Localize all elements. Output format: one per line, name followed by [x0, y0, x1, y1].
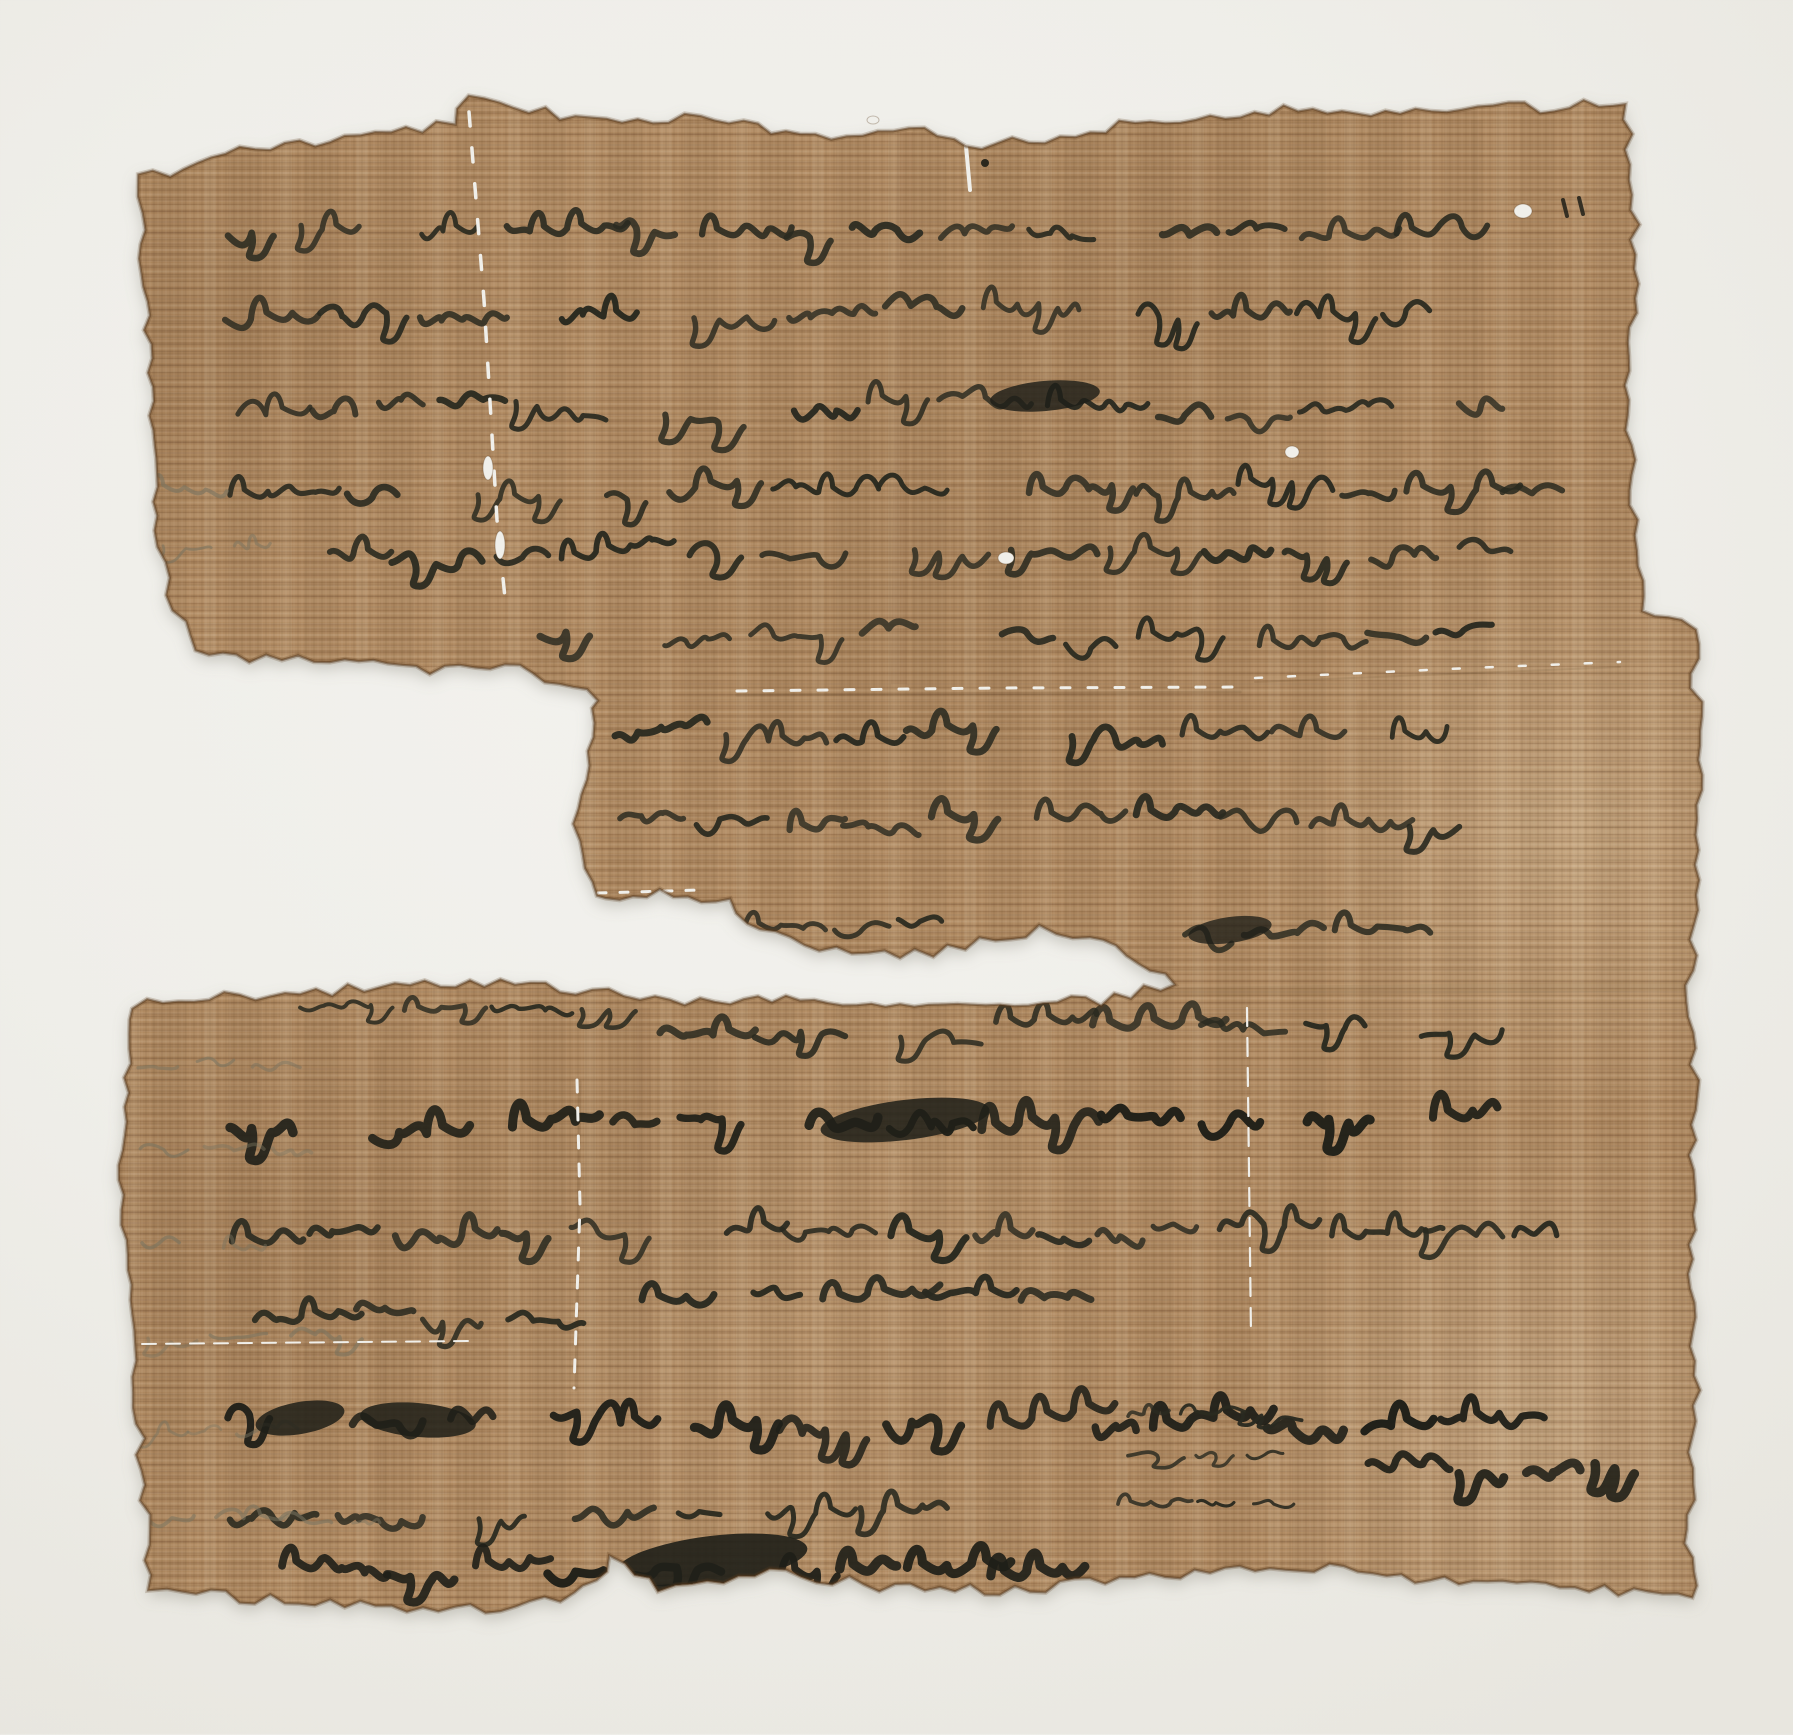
worm-hole	[998, 552, 1014, 564]
ink-blot	[981, 159, 989, 167]
worm-hole	[867, 116, 879, 124]
ink-flourish-stroke	[588, 1585, 862, 1595]
papyrus-svg	[0, 0, 1793, 1734]
scan-page: Scanned fragment of an ancient papyrus l…	[0, 0, 1793, 1734]
ink-flourish-stroke	[615, 1600, 832, 1607]
worm-hole	[1285, 446, 1299, 458]
worm-hole	[483, 456, 493, 480]
worm-hole	[1514, 204, 1532, 218]
papyrus-figure: Scanned fragment of an ancient papyrus l…	[0, 0, 1793, 1734]
worm-hole	[495, 531, 505, 559]
